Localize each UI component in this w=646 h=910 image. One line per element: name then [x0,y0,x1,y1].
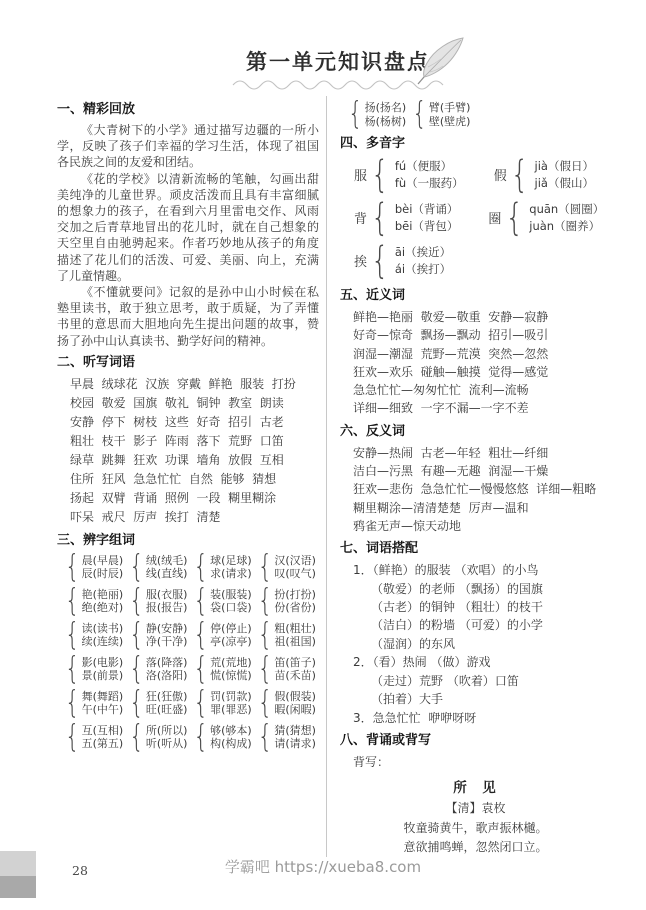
dictation-line: 安静 停下 树枝 这些 好奇 招引 古老 [57,413,319,432]
section-polyphonic-body: 服{fú（便服）fù（一服药）假{jià（假日）jiǎ（假山）背{bèi（背诵）… [340,158,611,277]
polyphonic-row: 挨{āi（挨近）ái（挨打） [340,244,611,277]
char-group: {汉(汉语)叹(叹气) [258,554,316,581]
char-group-row: {互(互相)五(第五){所(所以)听(听从){够(够本)构(构成){猜(猜想)请… [57,724,319,751]
char-group-pairs: 所(所以)听(听从) [146,724,188,751]
char-pair: 扬(扬名) [365,101,407,115]
char-group: {晨(早晨)辰(时辰) [65,554,123,581]
polyphonic-character: 圈 [488,208,501,227]
dictation-line: 吓呆 戒尺 厉声 挨打 清楚 [57,508,319,527]
brace-icon: { [193,654,208,685]
section-heading-distinguish: 三、辨字组词 [57,532,319,549]
section-heading-recite: 八、背诵或背写 [340,732,611,749]
char-group: {荒(荒地)慌(惊慌) [193,656,251,683]
collocation-line: （敬爱）的老师 （飘扬）的国旗 [340,580,611,598]
char-pair: 粗(粗壮) [274,622,316,636]
char-group: {扮(打扮)份(省份) [258,588,316,615]
char-pair: 罪(罪恶) [210,703,252,717]
char-group: {落(降落)洛(洛阳) [129,656,187,683]
char-pair: 叹(叹气) [274,567,316,581]
char-pair: 求(请求) [210,567,252,581]
synonym-line: 好奇—惊奇 飘扬—飘动 招引—吸引 [340,326,611,344]
antonym-line: 糊里糊涂—清清楚楚 厉声—温和 [340,499,611,517]
char-pair: 狂(狂傲) [146,690,188,704]
brace-icon: { [65,722,80,753]
char-group-pairs: 荒(荒地)慌(惊慌) [210,656,252,683]
char-group-pairs: 静(安静)净(干净) [146,622,188,649]
char-group-pairs: 臂(手臂)壁(壁虎) [429,101,471,128]
char-group: {互(互相)五(第五) [65,724,123,751]
char-pair: 祖(祖国) [274,635,316,649]
dictation-line: 绿草 跳舞 狂欢 功课 墙角 放假 互相 [57,451,319,470]
synonym-line: 鲜艳—艳丽 敬爱—敬重 安静—寂静 [340,308,611,326]
section-heading-dictation: 二、听写词语 [57,354,319,371]
polyphonic-row: 背{bèi（背诵）bēi（背包）圈{quān（圆圈）juàn（圈养） [340,201,611,234]
brace-icon: { [65,620,80,651]
char-pair: 汉(汉语) [274,554,316,568]
poem-title: 所 见 [340,778,611,798]
char-pair: 壁(壁虎) [429,115,471,129]
section-heading-highlights: 一、精彩回放 [57,101,319,118]
char-group-row: {读(读书)续(连续){静(安静)净(干净){停(停止)亭(凉亭){粗(粗壮)祖… [57,622,319,649]
char-group: {假(假装)暇(闲暇) [258,690,316,717]
char-pair: 慌(惊慌) [210,669,252,683]
brace-icon: { [193,586,208,617]
char-pair: 晨(早晨) [82,554,124,568]
char-pair: 午(中午) [82,703,124,717]
brace-icon: { [65,586,80,617]
char-group-pairs: 狂(狂傲)旺(旺盛) [146,690,188,717]
brace-icon: { [258,552,273,583]
synonym-line: 急急忙忙—匆匆忙忙 流利—流畅 [340,381,611,399]
polyphonic-reading: jià（假日） [535,158,594,175]
brace-icon: { [129,722,144,753]
brace-icon: { [65,654,80,685]
polyphonic-reading: juàn（圈养） [529,218,604,235]
section-highlights-body: 《大青树下的小学》通过描写边疆的一所小学，反映了孩子们幸福的学习生活，体现了祖国… [57,122,319,349]
char-pair: 读(读书) [82,622,124,636]
section-heading-antonyms: 六、反义词 [340,423,611,440]
antonym-line: 鸦雀无声—惊天动地 [340,517,611,535]
content-columns: 一、精彩回放 《大青树下的小学》通过描写边疆的一所小学，反映了孩子们幸福的学习生… [57,96,611,857]
brace-icon: { [371,199,389,237]
char-group: {影(电影)景(前景) [65,656,123,683]
polyphonic-character: 服 [354,165,367,184]
brace-icon: { [348,99,363,130]
brace-icon: { [371,242,389,280]
brace-icon: { [129,654,144,685]
brace-icon: { [258,688,273,719]
brace-icon: { [65,688,80,719]
left-column: 一、精彩回放 《大青树下的小学》通过描写边疆的一所小学，反映了孩子们幸福的学习生… [57,96,327,857]
char-group: {静(安静)净(干净) [129,622,187,649]
char-pair: 景(前景) [82,669,124,683]
brace-icon: { [193,620,208,651]
char-pair: 杨(杨树) [365,115,407,129]
char-group: {所(所以)听(听从) [129,724,187,751]
char-pair: 绝(绝对) [82,601,124,615]
polyphonic-readings: bèi（背诵）bēi（背包） [395,201,459,234]
char-pair: 袋(口袋) [210,601,252,615]
char-group: {装(服装)袋(口袋) [193,588,251,615]
antonym-line: 安静—热闹 古老—年轻 粗壮—纤细 [340,444,611,462]
brace-icon: { [371,156,389,194]
char-group-row: {舞(舞蹈)午(中午){狂(狂傲)旺(旺盛){罚(罚款)罪(罪恶){假(假装)暇… [57,690,319,717]
char-pair: 艳(艳丽) [82,588,124,602]
collocation-line: 1．（鲜艳）的服装 （欢唱）的小鸟 [340,561,611,579]
synonym-line: 详细—细致 一字不漏—一字不差 [340,399,611,417]
collocation-line: （拍着）大手 [340,690,611,708]
brace-icon: { [258,620,273,651]
char-pair: 球(足球) [210,554,252,568]
char-group: {球(足球)求(请求) [193,554,251,581]
polyphonic-readings: fú（便服）fù（一服药） [395,158,464,191]
char-pair: 线(直线) [146,567,188,581]
collocation-line: （走过）荒野 （吹着）口笛 [340,672,611,690]
polyphonic-reading: ái（挨打） [395,261,451,278]
char-pair: 扮(打扮) [274,588,316,602]
polyphonic-character: 假 [494,165,507,184]
section-synonyms-body: 鲜艳—艳丽 敬爱—敬重 安静—寂静好奇—惊奇 飘扬—飘动 招引—吸引润湿—潮湿 … [340,308,611,418]
char-group: {读(读书)续(连续) [65,622,123,649]
polyphonic-entry: 假{jià（假日）jiǎ（假山） [494,158,594,191]
char-group-pairs: 猜(猜想)请(请求) [274,724,316,751]
collocation-line: （湿润）的东风 [340,635,611,653]
char-pair: 笛(笛子) [274,656,316,670]
polyphonic-reading: jiǎ（假山） [535,175,594,192]
polyphonic-row: 服{fú（便服）fù（一服药）假{jià（假日）jiǎ（假山） [340,158,611,191]
char-pair: 影(电影) [82,656,124,670]
page-title: 第一单元知识盘点 [246,46,430,76]
char-group: {扬(扬名)杨(杨树) [348,101,406,128]
char-pair: 构(构成) [210,737,252,751]
char-pair: 报(报告) [146,601,188,615]
char-group-pairs: 服(衣服)报(报告) [146,588,188,615]
char-pair: 臂(手臂) [429,101,471,115]
brace-icon: { [505,199,523,237]
char-pair: 辰(时辰) [82,567,124,581]
char-group-pairs: 汉(汉语)叹(叹气) [274,554,316,581]
poem-line: 牧童骑黄牛，歌声振林樾。 [340,819,611,838]
brace-icon: { [129,552,144,583]
char-group-pairs: 晨(早晨)辰(时辰) [82,554,124,581]
char-group-row: {艳(艳丽)绝(绝对){服(衣服)报(报告){装(服装)袋(口袋){扮(打扮)份… [57,588,319,615]
paragraph: 《大青树下的小学》通过描写边疆的一所小学，反映了孩子们幸福的学习生活，体现了祖国… [57,122,319,171]
polyphonic-character: 背 [354,208,367,227]
brace-icon: { [412,99,427,130]
brace-icon: { [193,552,208,583]
char-group: {罚(罚款)罪(罪恶) [193,690,251,717]
section-collocations-body: 1．（鲜艳）的服装 （欢唱）的小鸟（敬爱）的老师 （飘扬）的国旗（古老）的铜钟 … [340,561,611,727]
poem-line: 意欲捕鸣蝉，忽然闭口立。 [340,838,611,857]
char-group: {艳(艳丽)绝(绝对) [65,588,123,615]
dictation-line: 粗壮 枝干 影子 阵雨 落下 荒野 口笛 [57,432,319,451]
char-group-pairs: 扮(打扮)份(省份) [274,588,316,615]
char-group-pairs: 够(够本)构(构成) [210,724,252,751]
synonym-line: 狂欢—欢乐 碰触—触摸 觉得—感觉 [340,363,611,381]
char-group-row: {扬(扬名)杨(杨树){臂(手臂)壁(壁虎) [340,101,611,128]
char-pair: 够(够本) [210,724,252,738]
collocation-line: （洁白）的粉墙 （可爱）的小学 [340,616,611,634]
char-pair: 苗(禾苗) [274,669,316,683]
char-group-pairs: 停(停止)亭(凉亭) [210,622,252,649]
char-group-pairs: 装(服装)袋(口袋) [210,588,252,615]
char-group: {粗(粗壮)祖(祖国) [258,622,316,649]
polyphonic-reading: bèi（背诵） [395,201,459,218]
poem-body: 牧童骑黄牛，歌声振林樾。意欲捕鸣蝉，忽然闭口立。 [340,819,611,857]
char-pair: 暇(闲暇) [274,703,316,717]
polyphonic-reading: fù（一服药） [395,175,464,192]
polyphonic-entry: 圈{quān（圆圈）juàn（圈养） [488,201,604,234]
char-pair: 净(干净) [146,635,188,649]
section-distinguish-continued: {扬(扬名)杨(杨树){臂(手臂)壁(壁虎) [340,101,611,128]
char-group: {停(停止)亭(凉亭) [193,622,251,649]
char-group-pairs: 罚(罚款)罪(罪恶) [210,690,252,717]
char-group-row: {晨(早晨)辰(时辰){绒(绒毛)线(直线){球(足球)求(请求){汉(汉语)叹… [57,554,319,581]
antonym-line: 狂欢—悲伤 急急忙忙—慢慢悠悠 详细—粗略 [340,480,611,498]
polyphonic-readings: āi（挨近）ái（挨打） [395,244,451,277]
collocation-line: 2．（看）热闹 （做）游戏 [340,653,611,671]
char-pair: 假(假装) [274,690,316,704]
char-group: {猜(猜想)请(请求) [258,724,316,751]
page-edge-tab-dark [0,876,36,898]
brace-icon: { [193,688,208,719]
char-pair: 请(请求) [274,737,316,751]
char-pair: 旺(旺盛) [146,703,188,717]
char-pair: 洛(洛阳) [146,669,188,683]
polyphonic-character: 挨 [354,251,367,270]
poem-author: 【清】袁枚 [340,798,611,819]
section-heading-polyphonic: 四、多音字 [340,135,611,152]
section-antonyms-body: 安静—热闹 古老—年轻 粗壮—纤细洁白—污黑 有趣—无趣 润湿—干燥狂欢—悲伤 … [340,444,611,535]
polyphonic-readings: quān（圆圈）juàn（圈养） [529,201,604,234]
char-pair: 荒(荒地) [210,656,252,670]
section-dictation-body: 早晨 绒球花 汉族 穿戴 鲜艳 服装 打扮校园 敬爱 国旗 敬礼 铜钟 教室 朗… [57,375,319,527]
char-pair: 静(安静) [146,622,188,636]
char-group-pairs: 影(电影)景(前景) [82,656,124,683]
char-pair: 所(所以) [146,724,188,738]
polyphonic-reading: quān（圆圈） [529,201,604,218]
char-group-pairs: 假(假装)暇(闲暇) [274,690,316,717]
char-pair: 落(降落) [146,656,188,670]
recite-label: 背写： [340,753,611,771]
brace-icon: { [193,722,208,753]
dictation-line: 住所 狂风 急急忙忙 自然 能够 猜想 [57,470,319,489]
section-heading-collocations: 七、词语搭配 [340,540,611,557]
polyphonic-entry: 背{bèi（背诵）bēi（背包） [354,201,458,234]
char-pair: 猜(猜想) [274,724,316,738]
char-group-pairs: 互(互相)五(第五) [82,724,124,751]
char-group-pairs: 扬(扬名)杨(杨树) [365,101,407,128]
char-group-row: {影(电影)景(前景){落(降落)洛(洛阳){荒(荒地)慌(惊慌){笛(笛子)苗… [57,656,319,683]
char-pair: 罚(罚款) [210,690,252,704]
char-pair: 续(连续) [82,635,124,649]
char-group-pairs: 绒(绒毛)线(直线) [146,554,188,581]
char-pair: 停(停止) [210,622,252,636]
antonym-line: 洁白—污黑 有趣—无趣 润湿—干燥 [340,462,611,480]
char-group: {狂(狂傲)旺(旺盛) [129,690,187,717]
collocation-line: 3．急急忙忙 咿咿呀呀 [340,709,611,727]
right-column: {扬(扬名)杨(杨树){臂(手臂)壁(壁虎) 四、多音字 服{fú（便服）fù（… [327,96,611,857]
char-pair: 互(互相) [82,724,124,738]
char-group: {服(衣服)报(报告) [129,588,187,615]
paragraph: 《花的学校》以清新流畅的笔触，勾画出甜美纯净的儿童世界。顽皮活泼而且具有丰富细腻… [57,171,319,284]
synonym-line: 润湿—潮湿 荒野—荒漠 突然—忽然 [340,345,611,363]
char-pair: 听(听从) [146,737,188,751]
brace-icon: { [129,688,144,719]
brace-icon: { [258,586,273,617]
brace-icon: { [129,586,144,617]
char-group-pairs: 球(足球)求(请求) [210,554,252,581]
brace-icon: { [258,722,273,753]
section-distinguish-body: {晨(早晨)辰(时辰){绒(绒毛)线(直线){球(足球)求(请求){汉(汉语)叹… [57,554,319,751]
polyphonic-entry: 服{fú（便服）fù（一服药） [354,158,464,191]
dictation-line: 扬起 双臂 背诵 照例 一段 糊里糊涂 [57,489,319,508]
brace-icon: { [129,620,144,651]
polyphonic-entry: 挨{āi（挨近）ái（挨打） [354,244,451,277]
section-heading-synonyms: 五、近义词 [340,287,611,304]
char-group: {臂(手臂)壁(壁虎) [412,101,470,128]
char-group-pairs: 粗(粗壮)祖(祖国) [274,622,316,649]
char-pair: 绒(绒毛) [146,554,188,568]
char-group-pairs: 艳(艳丽)绝(绝对) [82,588,124,615]
char-pair: 服(衣服) [146,588,188,602]
char-pair: 装(服装) [210,588,252,602]
char-group: {舞(舞蹈)午(中午) [65,690,123,717]
char-pair: 五(第五) [82,737,124,751]
char-group-pairs: 读(读书)续(连续) [82,622,124,649]
char-group: {绒(绒毛)线(直线) [129,554,187,581]
polyphonic-reading: bēi（背包） [395,218,459,235]
char-group-pairs: 笛(笛子)苗(禾苗) [274,656,316,683]
polyphonic-readings: jià（假日）jiǎ（假山） [535,158,594,191]
collocation-line: （古老）的铜钟 （粗壮）的枝干 [340,598,611,616]
char-pair: 份(省份) [274,601,316,615]
char-group: {笛(笛子)苗(禾苗) [258,656,316,683]
paragraph: 《不懂就要问》记叙的是孙中山小时候在私塾里读书，敢于独立思考，敢于质疑，为了弄懂… [57,284,319,349]
dictation-line: 早晨 绒球花 汉族 穿戴 鲜艳 服装 打扮 [57,375,319,394]
watermark-text: 学霸吧 https://xueba8.com [0,856,646,877]
polyphonic-reading: fú（便服） [395,158,464,175]
feather-icon [416,36,468,86]
char-pair: 舞(舞蹈) [82,690,124,704]
brace-icon: { [65,552,80,583]
char-pair: 亭(凉亭) [210,635,252,649]
char-group: {够(够本)构(构成) [193,724,251,751]
brace-icon: { [258,654,273,685]
poem: 所 见 【清】袁枚 牧童骑黄牛，歌声振林樾。意欲捕鸣蝉，忽然闭口立。 [340,778,611,857]
char-group-pairs: 舞(舞蹈)午(中午) [82,690,124,717]
brace-icon: { [511,156,529,194]
polyphonic-reading: āi（挨近） [395,244,451,261]
char-group-pairs: 落(降落)洛(洛阳) [146,656,188,683]
dictation-line: 校园 敬爱 国旗 敬礼 铜钟 教室 朗读 [57,394,319,413]
